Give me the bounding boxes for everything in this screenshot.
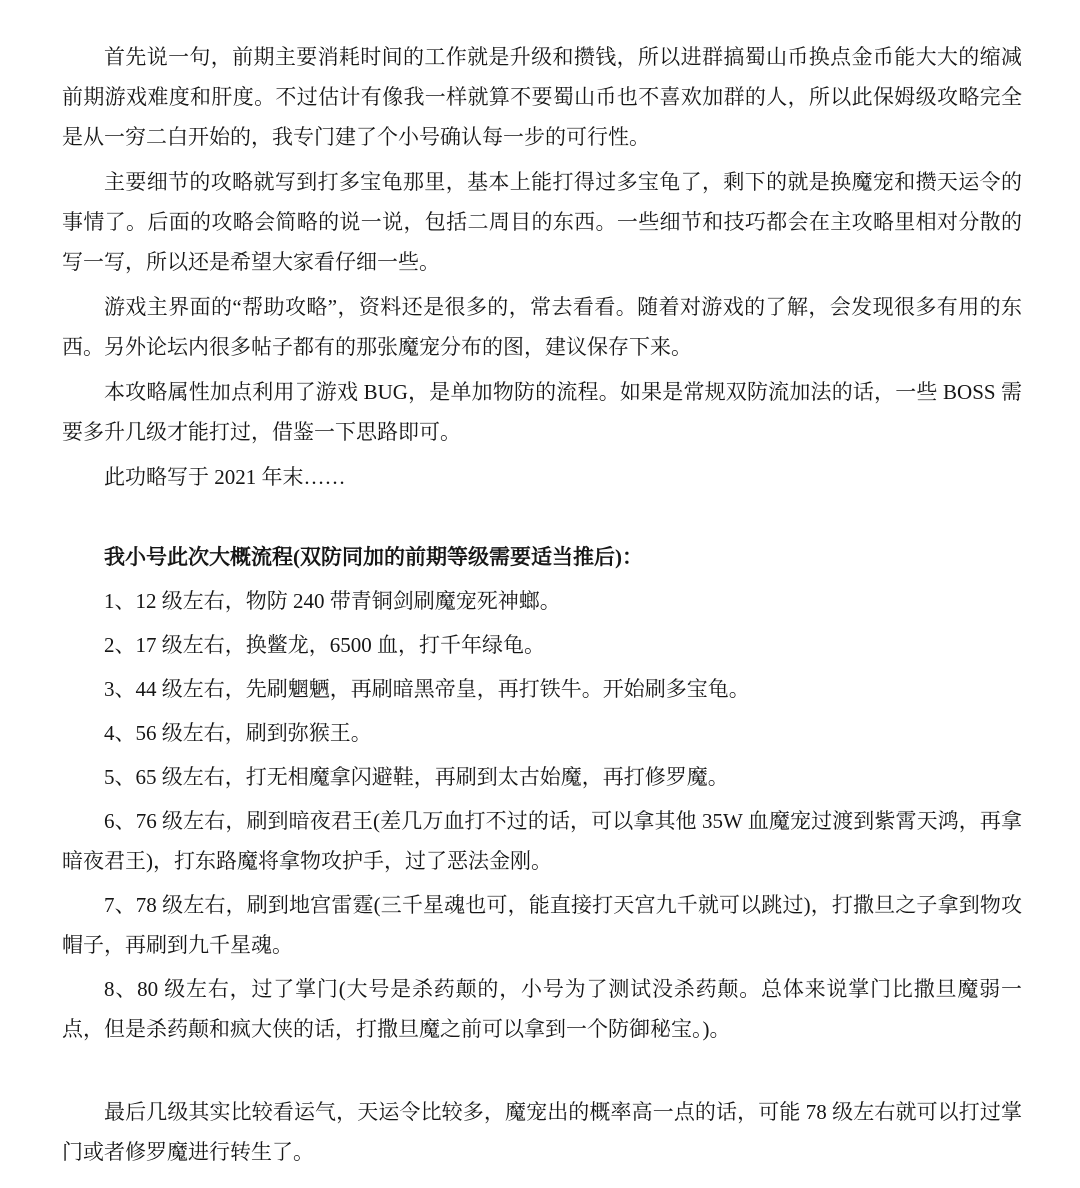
walkthrough-step-6: 6、76 级左右，刷到暗夜君王(差几万血打不过的话，可以拿其他 35W 血魔宠过… (62, 801, 1022, 881)
intro-paragraph-4: 本攻略属性加点利用了游戏 BUG，是单加物防的流程。如果是常规双防流加法的话，一… (62, 372, 1022, 452)
intro-paragraph-1: 首先说一句，前期主要消耗时间的工作就是升级和攒钱，所以进群搞蜀山币换点金币能大大… (62, 37, 1022, 157)
intro-paragraph-2: 主要细节的攻略就写到打多宝龟那里，基本上能打得过多宝龟了，剩下的就是换魔宠和攒天… (62, 162, 1022, 282)
walkthrough-step-4: 4、56 级左右，刷到弥猴王。 (62, 713, 1022, 753)
closing-paragraph: 最后几级其实比较看运气，天运令比较多，魔宠出的概率高一点的话，可能 78 级左右… (62, 1092, 1022, 1172)
walkthrough-step-5: 5、65 级左右，打无相魔拿闪避鞋，再刷到太古始魔，再打修罗魔。 (62, 757, 1022, 797)
walkthrough-step-2: 2、17 级左右，换鳖龙，6500 血，打千年绿龟。 (62, 625, 1022, 665)
walkthrough-step-8: 8、80 级左右，过了掌门(大号是杀药颠的，小号为了测试没杀药颠。总体来说掌门比… (62, 969, 1022, 1049)
document-page: 首先说一句，前期主要消耗时间的工作就是升级和攒钱，所以进群搞蜀山币换点金币能大大… (0, 0, 1080, 1188)
walkthrough-step-3: 3、44 级左右，先刷魍魉，再刷暗黑帝皇，再打铁牛。开始刷多宝龟。 (62, 669, 1022, 709)
section-heading: 我小号此次大概流程(双防同加的前期等级需要适当推后)： (62, 537, 1022, 577)
intro-paragraph-3: 游戏主界面的“帮助攻略”，资料还是很多的，常去看看。随着对游戏的了解，会发现很多… (62, 287, 1022, 367)
intro-paragraph-5: 此功略写于 2021 年末…… (62, 457, 1022, 497)
walkthrough-step-1: 1、12 级左右，物防 240 带青铜剑刷魔宠死神螂。 (62, 581, 1022, 621)
walkthrough-step-7: 7、78 级左右，刷到地宫雷霆(三千星魂也可，能直接打天宫九千就可以跳过)，打撒… (62, 885, 1022, 965)
